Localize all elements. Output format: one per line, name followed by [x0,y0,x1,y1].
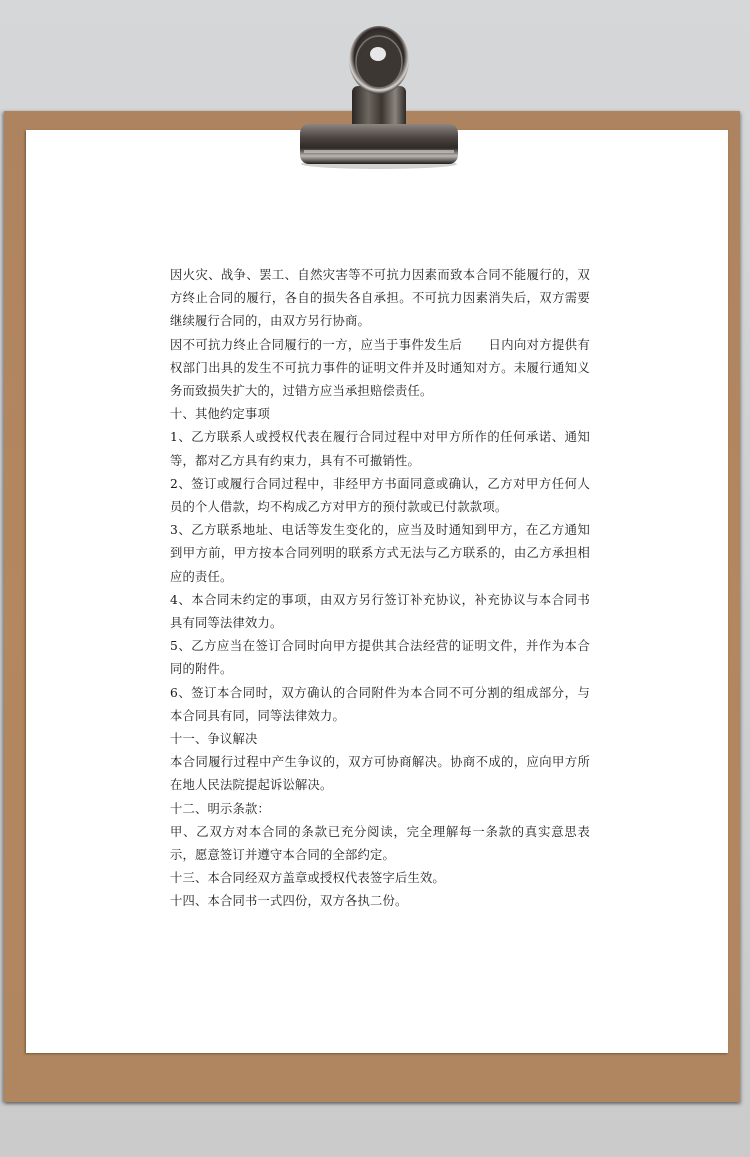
force-majeure-notice-paragraph: 因不可抗力终止合同履行的一方，应当于事件发生后日内向对方提供有权部门出具的发生不… [170,334,590,404]
section-12-heading: 十二、明示条款： [170,798,590,821]
clause-item-4: 4、本合同未约定的事项，由双方另行签订补充协议，补充协议与本合同书具有同等法律效… [170,589,590,635]
section-11-heading: 十一、争议解决 [170,728,590,751]
clause-item-3: 3、乙方联系地址、电话等发生变化的，应当及时通知到甲方，在乙方通知到甲方前，甲方… [170,519,590,589]
clause-item-6: 6、签订本合同时，双方确认的合同附件为本合同不可分割的组成部分，与本合同具有同，… [170,682,590,728]
force-majeure-notice-part1: 因不可抗力终止合同履行的一方，应当于事件发生后 [170,338,462,352]
clause-item-2: 2、签订或履行合同过程中，非经甲方书面同意或确认，乙方对甲方任何人员的个人借款，… [170,473,590,519]
dispute-resolution-text: 本合同履行过程中产生争议的，双方可协商解决。协商不成的，应向甲方所在地人民法院提… [170,751,590,797]
clause-item-5: 5、乙方应当在签订合同时向甲方提供其合法经营的证明文件，并作为本合同的附件。 [170,635,590,681]
section-13-effectiveness: 十三、本合同经双方盖章或授权代表签字后生效。 [170,867,590,890]
contract-body: 因火灾、战争、罢工、自然灾害等不可抗力因素而致本合同不能履行的，双方终止合同的履… [170,264,590,914]
clause-item-1: 1、乙方联系人或授权代表在履行合同过程中对甲方所作的任何承诺、通知等，都对乙方具… [170,426,590,472]
section-14-copies: 十四、本合同书一式四份，双方各执二份。 [170,890,590,913]
force-majeure-paragraph: 因火灾、战争、罢工、自然灾害等不可抗力因素而致本合同不能履行的，双方终止合同的履… [170,264,590,334]
binder-clip-icon [296,24,462,170]
explicit-terms-text: 甲、乙双方对本合同的条款已充分阅读，完全理解每一条款的真实意思表示，愿意签订并遵… [170,821,590,867]
section-10-heading: 十、其他约定事项 [170,403,590,426]
